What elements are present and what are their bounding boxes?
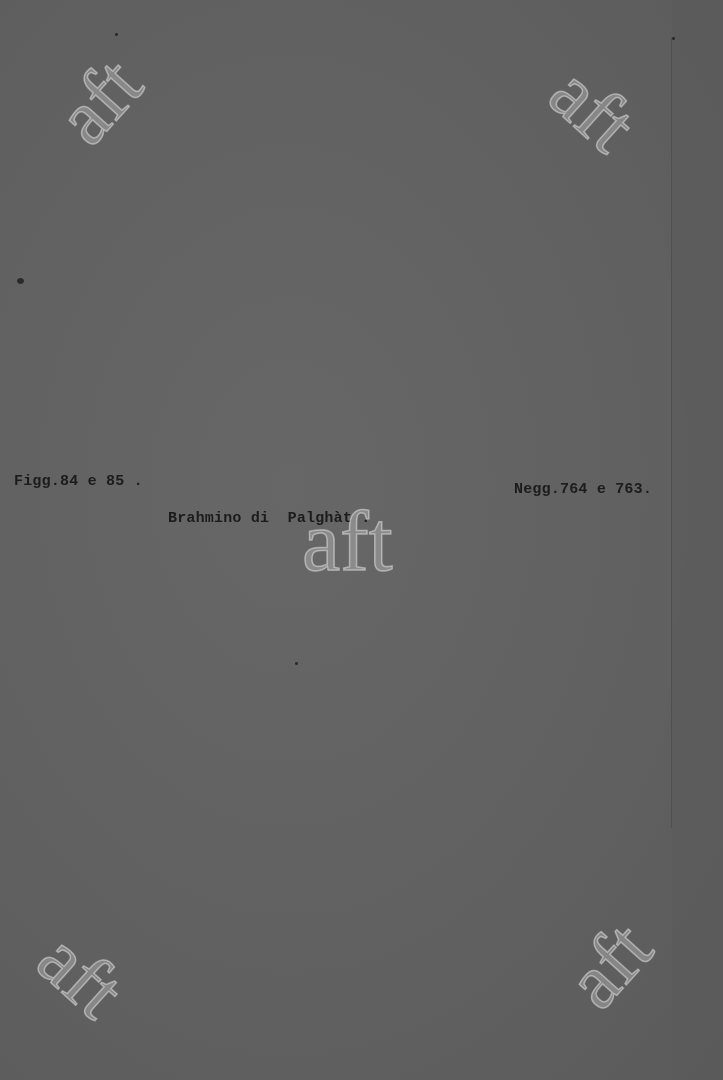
watermark-top-right: aft xyxy=(536,52,649,165)
watermark-center: aft xyxy=(302,498,393,584)
watermark-bottom-left: aft xyxy=(24,918,137,1031)
negative-reference: Negg.764 e 763. xyxy=(514,481,652,498)
ink-speck xyxy=(17,278,24,284)
ink-speck xyxy=(672,37,675,40)
ink-speck xyxy=(295,662,298,665)
page-edge-shade xyxy=(672,0,723,1080)
page-edge-line xyxy=(671,38,672,828)
figure-reference: Figg.84 e 85 . xyxy=(14,473,143,490)
watermark-top-left: aft xyxy=(43,44,156,157)
document-page: Figg.84 e 85 . Negg.764 e 763. Brahmino … xyxy=(0,0,723,1080)
watermark-bottom-right: aft xyxy=(553,908,666,1021)
ink-speck xyxy=(115,33,118,36)
